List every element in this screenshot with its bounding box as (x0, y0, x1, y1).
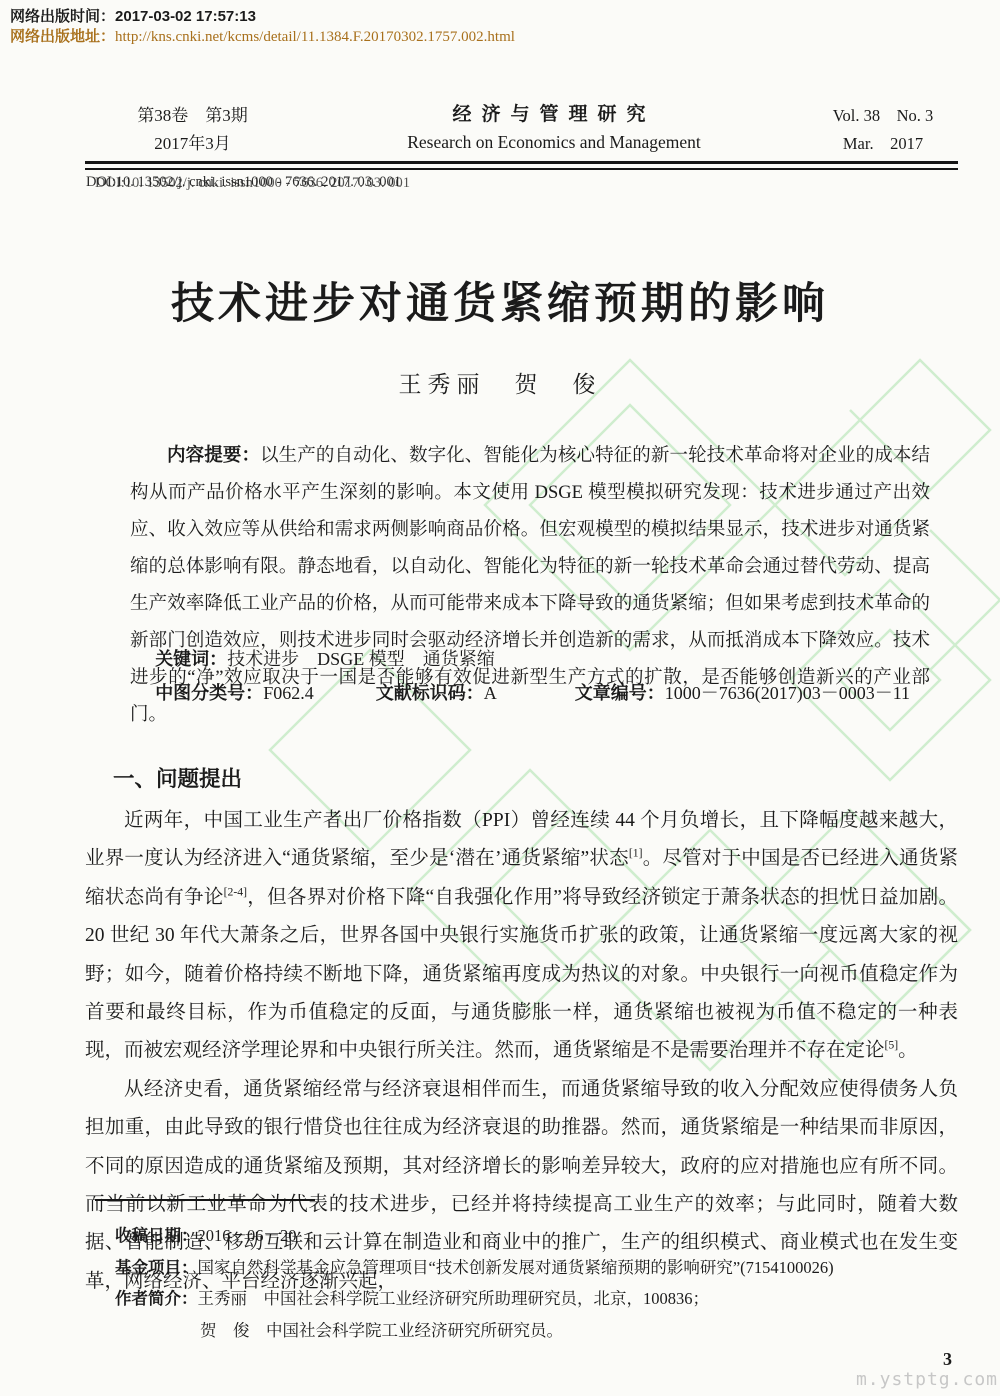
header-double-rule (85, 161, 958, 170)
bio-label: 作者简介： (115, 1289, 198, 1308)
fund-value: 国家自然科学基金应急管理项目“技术创新发展对通货紧缩预期的影响研究”(71541… (198, 1258, 834, 1277)
site-watermark: m.ystptg.com (856, 1369, 998, 1390)
bio1-value: 王秀丽 中国社会科学院工业经济研究所助理研究员，北京，100836； (198, 1289, 710, 1308)
scan-meta: 网络出版时间：2017-03-02 17:57:13 网络出版地址：http:/… (10, 7, 515, 47)
article-title: 技术进步对通货紧缩预期的影响 (0, 270, 1000, 331)
publish-time-value: 2017-03-02 17:57:13 (115, 8, 256, 25)
keywords-value: 技术进步 DSGE 模型 通货紧缩 (227, 649, 495, 669)
keywords-line: 关键词：技术进步 DSGE 模型 通货紧缩 (130, 645, 930, 671)
page-number: 3 (943, 1349, 952, 1370)
footnote-fund: 基金项目：国家自然科学基金应急管理项目“技术创新发展对通货紧缩预期的影响研究”(… (115, 1252, 960, 1284)
section-heading: 一、问题提出 (113, 762, 242, 793)
article-id-label: 文章编号： (575, 683, 665, 703)
fund-label: 基金项目： (115, 1258, 198, 1277)
footnote-received: 收稿日期：2016－06－20 (115, 1220, 960, 1252)
publish-url-value: http://kns.cnki.net/kcms/detail/11.1384.… (115, 29, 515, 45)
clc-value: F062.4 (263, 683, 314, 703)
journal-vol-en: Vol. 38 No. 3 (808, 102, 958, 130)
footnote-separator (95, 1199, 315, 1201)
received-label: 收稿日期： (115, 1226, 198, 1245)
journal-title-cn: 经济与管理研究 (300, 102, 808, 128)
publish-url-line: 网络出版地址：http://kns.cnki.net/kcms/detail/1… (10, 27, 515, 47)
doi-text-ghost: DOI:10. 13502/j. cnki. issn1000 - 7636. … (95, 175, 410, 192)
classification-line: 中图分类号：F062.4文献标识码：A文章编号：1000－7636(2017)0… (130, 679, 950, 705)
abstract-label: 内容提要： (167, 446, 260, 466)
publish-time-line: 网络出版时间：2017-03-02 17:57:13 (10, 7, 515, 27)
paragraph-1: 近两年，中国工业生产者出厂价格指数（PPI）曾经连续 44 个月负增长，且下降幅… (85, 802, 958, 1071)
publish-time-label: 网络出版时间： (10, 8, 115, 25)
doc-code-value: A (484, 683, 497, 703)
journal-date-en: Mar. 2017 (808, 130, 958, 158)
clc-label: 中图分类号： (155, 683, 263, 703)
doc-code-label: 文献标识码： (376, 683, 484, 703)
article-id-value: 1000－7636(2017)03－0003－11 (665, 683, 910, 703)
journal-date-cn: 2017年3月 (85, 130, 300, 158)
journal-title-en: Research on Economics and Management (300, 128, 808, 156)
footnote-bio1: 作者简介：王秀丽 中国社会科学院工业经济研究所助理研究员，北京，100836； (115, 1283, 960, 1315)
volume-issue: 第38卷 第3期 (85, 102, 300, 130)
journal-header: 第38卷 第3期 2017年3月 经济与管理研究 Research on Eco… (85, 102, 958, 158)
article-authors: 王秀丽 贺 俊 (0, 366, 1000, 399)
footnotes: 收稿日期：2016－06－20 基金项目：国家自然科学基金应急管理项目“技术创新… (115, 1220, 960, 1346)
publish-url-label: 网络出版地址： (10, 28, 115, 45)
received-value: 2016－06－20 (198, 1226, 297, 1245)
footnote-bio2: 贺 俊 中国社会科学院工业经济研究所研究员。 (115, 1315, 960, 1347)
keywords-label: 关键词： (155, 649, 227, 669)
